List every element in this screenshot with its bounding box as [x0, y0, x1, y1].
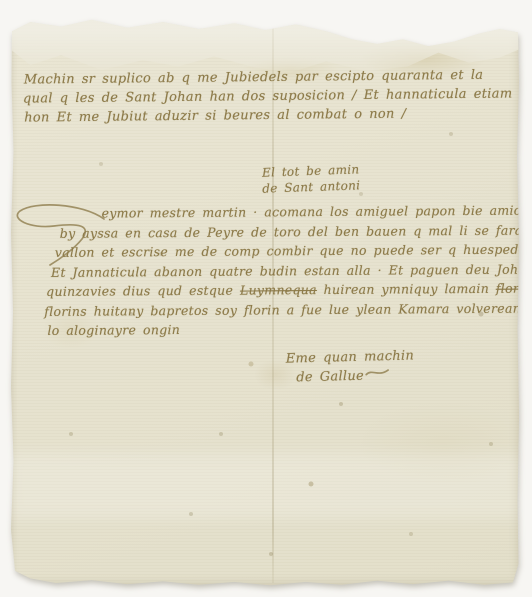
paper-light-band: [10, 453, 520, 519]
signature-line: Eme quan machin: [286, 346, 415, 368]
signature-flourish: [364, 366, 390, 378]
manuscript-paper: Machin sr suplico ab q me Jubiedels par …: [10, 13, 520, 587]
body-line-segment: quinzavies dius qud estque: [46, 283, 240, 299]
body-line: vallon et escrise me de comp combir que …: [44, 239, 532, 262]
struck-word: flors: [496, 281, 526, 296]
paper-speckles: [10, 13, 12, 15]
body-line-segment: huirean ymniquy lamain: [317, 281, 496, 297]
struck-word: Luymnequa: [240, 282, 317, 298]
body-line: eymor mestre martin · acomana los amigue…: [44, 200, 532, 223]
header-paragraph: Machin sr suplico ab q me Jubiedels par …: [24, 65, 513, 127]
signature-name: de Gallue: [296, 369, 364, 386]
body-paragraph: eymor mestre martin · acomana los amigue…: [44, 200, 532, 340]
paper-shadow-wrap: Machin sr suplico ab q me Jubiedels par …: [0, 0, 532, 597]
body-line: florins huitany bapretos soy florin a fu…: [44, 298, 532, 321]
signature-line: de Gallue: [286, 365, 415, 387]
signature-block: Eme quan machin de Gallue: [286, 346, 415, 387]
photo-backdrop: Machin sr suplico ab q me Jubiedels par …: [0, 0, 532, 597]
body-line: lo aloginayre ongin: [44, 317, 532, 340]
body-line: quinzavies dius qud estque Luymnequa hui…: [44, 278, 532, 301]
address-block: El tot be amin de Sant antoni: [235, 160, 386, 197]
